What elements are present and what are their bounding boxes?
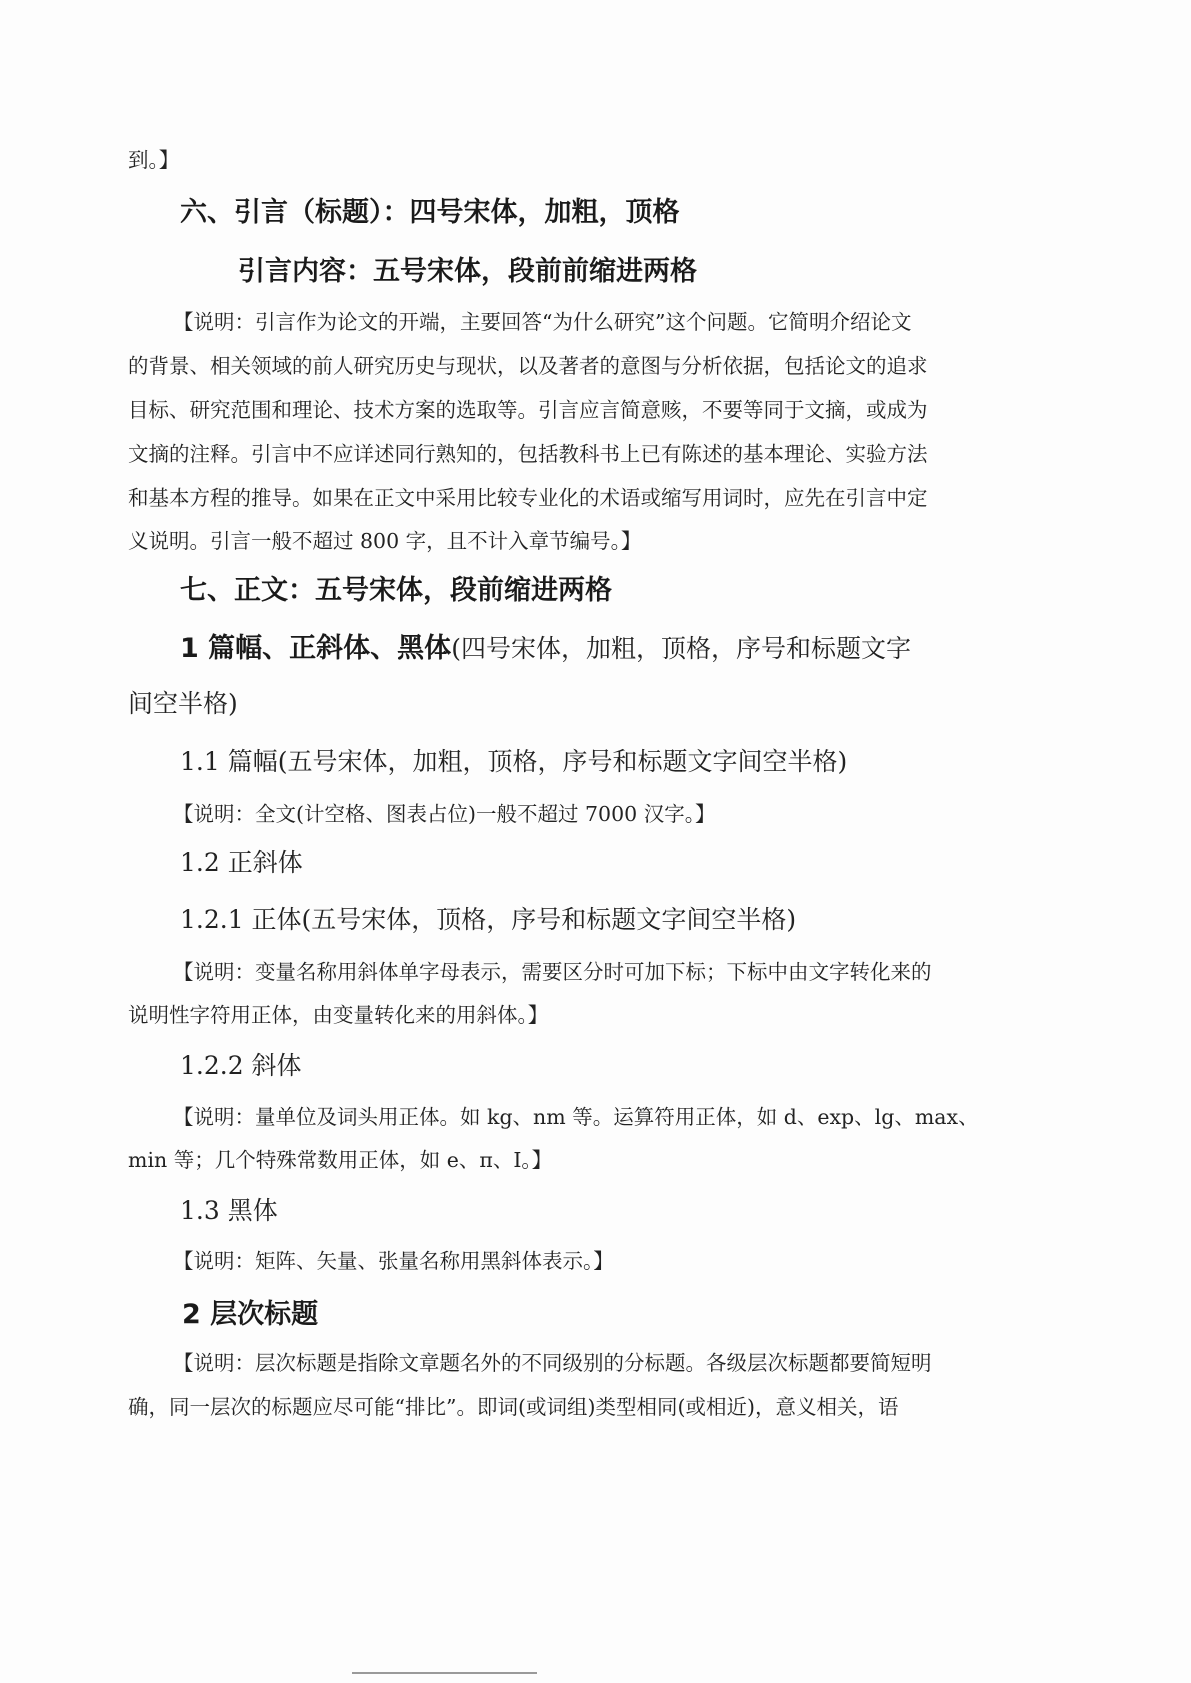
document-page: 到。】 六、引言（标题）：四号宋体，加粗，顶格 引言内容：五号宋体，段前前缩进两… [0,0,1191,1683]
heading-1-3-note: 【说明：矩阵、矢量、张量名称用黑斜体表示。】 [173,1244,614,1274]
heading-1-continued: 间空半格) [128,684,238,720]
heading-1: 1 篇幅、正斜体、黑体(四号宋体，加粗，顶格，序号和标题文字 [180,626,911,665]
footnote-separator-rule [352,1672,537,1674]
heading-1-2-2-note-line-2: min 等；几个特殊常数用正体，如 e、π、I。】 [128,1143,552,1173]
heading-1-2-1-note-line-2: 说明性字符用正体，由变量转化来的用斜体。】 [128,998,548,1028]
heading-1-2-1-note-line-1: 【说明：变量名称用斜体单字母表示，需要区分时可加下标；下标中由文字转化来的 [173,955,932,985]
heading-1-2-1: 1.2.1 正体(五号宋体，顶格，序号和标题文字间空半格) [180,900,796,936]
intro-note-line-6: 义说明。引言一般不超过 800 字，且不计入章节编号。】 [128,524,641,554]
intro-note-line-5: 和基本方程的推导。如果在正文中采用比较专业化的术语或缩写用词时，应先在引言中定 [128,481,928,511]
heading-1-format: (四号宋体，加粗，顶格，序号和标题文字 [451,634,911,663]
heading-2: 2 层次标题 [182,1292,318,1331]
section-6-subtitle: 引言内容：五号宋体，段前前缩进两格 [238,249,697,288]
intro-note-line-3: 目标、研究范围和理论、技术方案的选取等。引言应言简意赅，不要等同于文摘，或成为 [128,393,928,423]
intro-note-line-1: 【说明：引言作为论文的开端，主要回答“为什么研究”这个问题。它简明介绍论文 [173,305,911,335]
section-7-title: 七、正文：五号宋体，段前缩进两格 [180,568,612,607]
heading-1-2-2-note-line-1: 【说明：量单位及词头用正体。如 kg、nm 等。运算符用正体，如 d、exp、l… [173,1100,979,1130]
heading-1-3: 1.3 黑体 [180,1191,278,1227]
intro-note-line-4: 文摘的注释。引言中不应详述同行熟知的，包括教科书上已有陈述的基本理论、实验方法 [128,437,928,467]
intro-note-line-2: 的背景、相关领域的前人研究历史与现状，以及著者的意图与分析依据，包括论文的追求 [128,349,928,379]
continued-text: 到。】 [128,143,179,173]
heading-1-1-note: 【说明：全文(计空格、图表占位)一般不超过 7000 汉字。】 [173,797,715,827]
heading-2-note-line-2: 确，同一层次的标题应尽可能“排比”。即词(或词组)类型相同(或相近)，意义相关，… [128,1390,898,1420]
heading-1-1: 1.1 篇幅(五号宋体，加粗，顶格，序号和标题文字间空半格) [180,742,847,778]
section-6-title: 六、引言（标题）：四号宋体，加粗，顶格 [180,190,680,229]
heading-1-2-2: 1.2.2 斜体 [180,1046,302,1082]
heading-2-note-line-1: 【说明：层次标题是指除文章题名外的不同级别的分标题。各级层次标题都要简短明 [173,1346,932,1376]
heading-1-bold: 1 篇幅、正斜体、黑体 [180,633,451,664]
heading-1-2: 1.2 正斜体 [180,843,303,879]
